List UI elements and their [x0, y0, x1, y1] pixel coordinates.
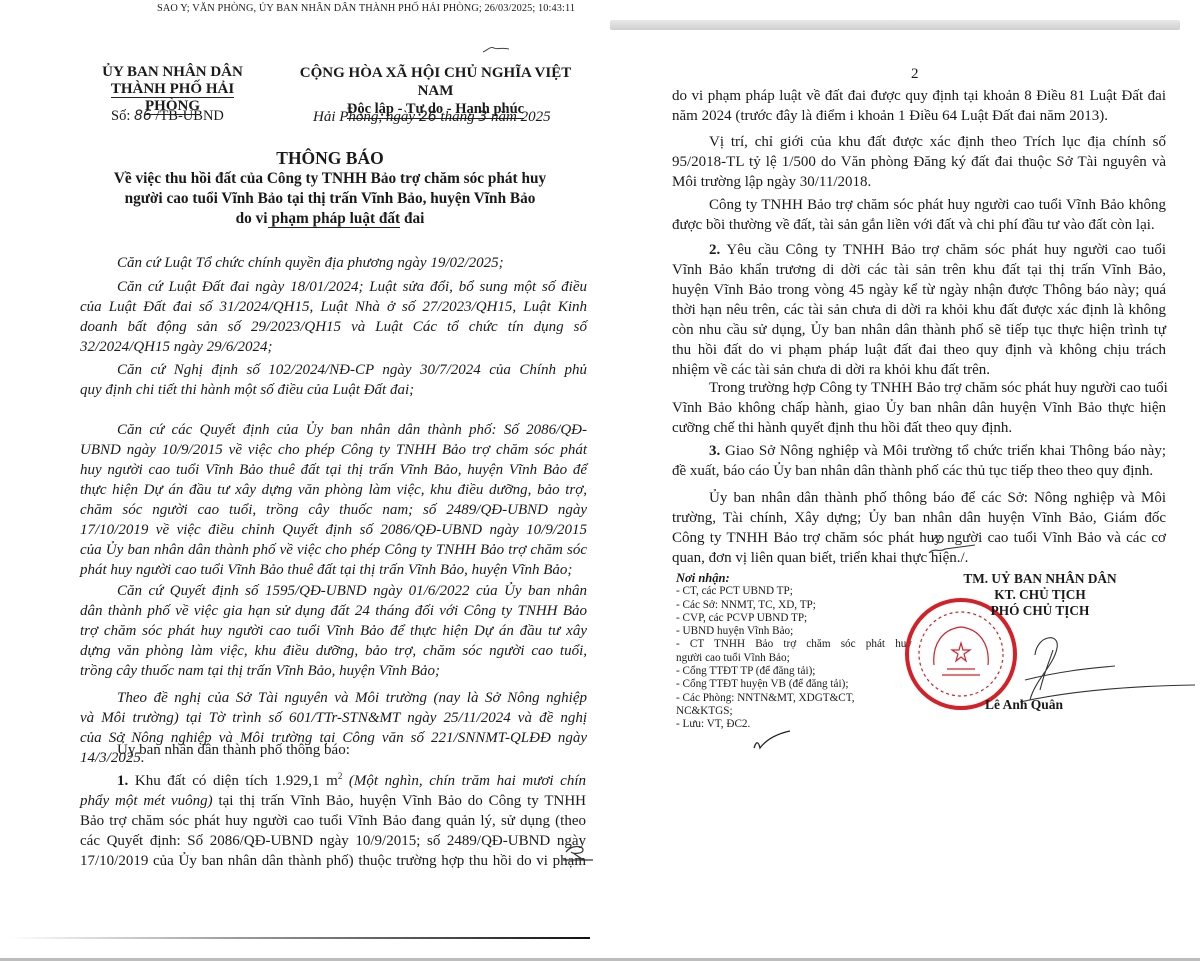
signer-name: Lê Anh Quân [985, 697, 1063, 713]
legal-basis-paragraph: Căn cứ các Quyết định của Ủy ban nhân dâ… [80, 420, 587, 580]
initials-signature-icon [752, 728, 792, 750]
recipient-item: - CVP, các PCVP UBND TP; [676, 612, 912, 625]
body-paragraph: 2. Yêu cầu Công ty TNHH Bảo trợ chăm sóc… [672, 240, 1166, 380]
legal-basis-paragraph: Căn cứ Luật Đất đai ngày 18/01/2024; Luậ… [80, 277, 587, 357]
nation-name: CỘNG HÒA XÃ HỘI CHỦ NGHĨA VIỆT NAM [283, 64, 588, 100]
body-paragraph: Công ty TNHH Bảo trợ chăm sóc phát huy n… [672, 195, 1166, 235]
recipient-item: - UBND huyện Vĩnh Bảo; [676, 625, 912, 638]
announcement-line: Ủy ban nhân dân thành phố thông báo: [117, 740, 587, 760]
copy-certification-header: SAO Y; VĂN PHÒNG, ỦY BAN NHÂN DÂN THÀNH … [157, 3, 575, 14]
legal-basis-paragraph: Căn cứ Nghị định số 102/2024/NĐ-CP ngày … [80, 360, 587, 400]
item-1: 1. Khu đất có diện tích 1.929,1 m2 (Một … [80, 766, 586, 871]
body-paragraph: Trong trường hợp Công ty TNHH Bảo trợ ch… [672, 378, 1166, 438]
recipients-title: Nơi nhận: [676, 572, 912, 585]
recipient-item: - Lưu: VT, ĐC2. [676, 718, 912, 731]
handwritten-mark-icon [482, 44, 510, 54]
recipient-item: - Cổng TTĐT TP (để đăng tải); [676, 665, 912, 678]
body-paragraph: do vi phạm pháp luật về đất đai được quy… [672, 86, 1166, 126]
recipient-item: người cao tuổi Vĩnh Bảo; [676, 652, 912, 665]
document-subtitle: Về việc thu hồi đất của Công ty TNHH Bảo… [80, 169, 580, 229]
signature-block: TM. UỶ BAN NHÂN DÂN KT. CHỦ TỊCH PHÓ CHỦ… [935, 571, 1145, 619]
initials-signature-icon [927, 533, 977, 555]
issuer-line-1: ỦY BAN NHÂN DÂN [85, 64, 260, 81]
body-paragraph: Vị trí, chỉ giới của khu đất được xác đị… [672, 132, 1166, 192]
body-paragraph: 3. Giao Sở Nông nghiệp và Môi trường tổ … [672, 441, 1166, 481]
recipient-item: NC&KTGS; [676, 705, 912, 718]
document-number: Số: 86 /TB-UBND [111, 108, 224, 125]
recipient-item: - Các Phòng: NNTN&MT, XDGT&CT, [676, 692, 912, 705]
document-page-1: SAO Y; VĂN PHÒNG, ỦY BAN NHÂN DÂN THÀNH … [0, 0, 600, 961]
body-paragraph: Ủy ban nhân dân thành phố thông báo để c… [672, 488, 1166, 568]
document-title: THÔNG BÁO [80, 148, 580, 169]
recipients-list: Nơi nhận: - CT, các PCT UBND TP;- Các Sở… [676, 572, 912, 732]
document-date: Hải Phòng, ngày 26 tháng 3 năm 2025 [313, 109, 551, 126]
legal-basis-paragraph: Căn cứ Quyết định số 1595/QĐ-UBND ngày 0… [80, 581, 587, 681]
page-number: 2 [911, 66, 919, 83]
recipient-item: - Cổng TTĐT huyện VB (để đăng tải); [676, 678, 912, 691]
initials-signature-icon [563, 843, 595, 865]
page-top-edge [610, 20, 1180, 30]
handwritten-signature-icon [1005, 630, 1195, 705]
page-bottom-rule [10, 937, 590, 939]
recipient-item: - Các Sở: NNMT, TC, XD, TP; [676, 599, 912, 612]
handwritten-number: 86 [134, 108, 152, 124]
document-page-2: 2 do vi phạm pháp luật về đất đai được q… [600, 0, 1200, 961]
recipient-item: - CT, các PCT UBND TP; [676, 585, 912, 598]
recipient-item: - CT TNHH Bảo trợ chăm sóc phát huy [676, 638, 912, 651]
legal-basis-paragraph: Căn cứ Luật Tổ chức chính quyền địa phươ… [80, 253, 587, 273]
